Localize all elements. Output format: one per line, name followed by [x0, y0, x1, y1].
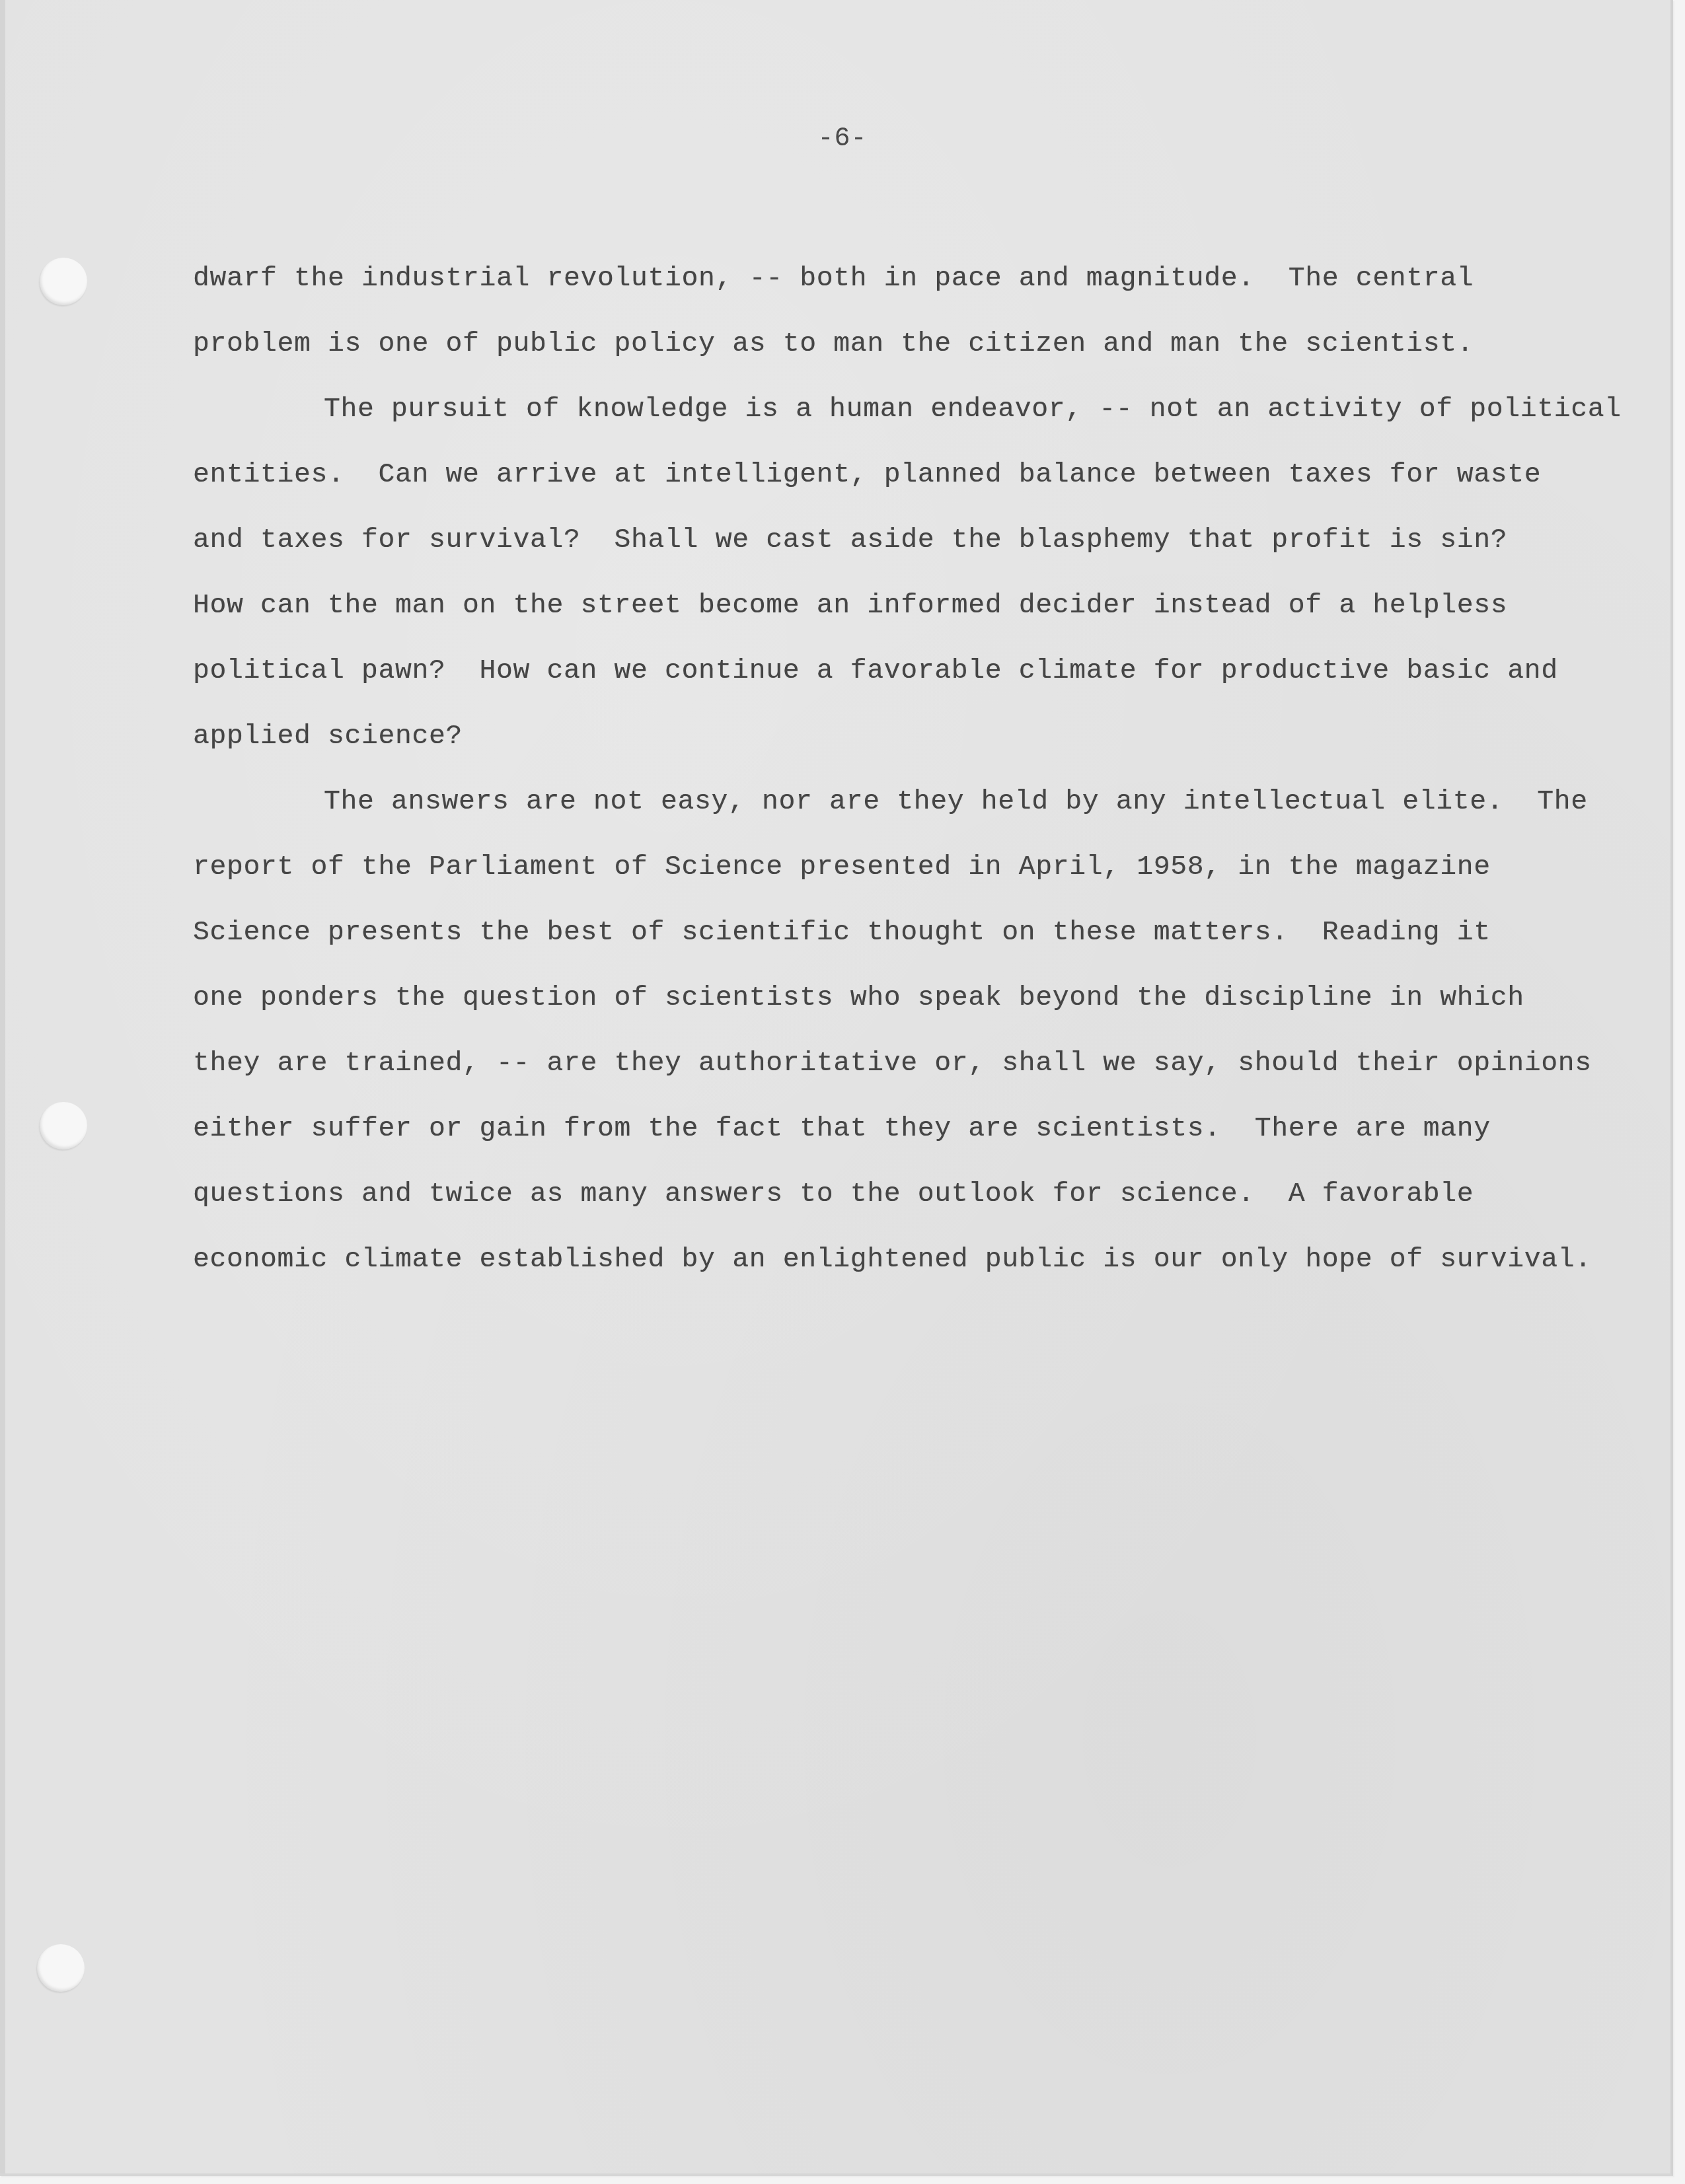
text-line: Science presents the best of scientific …: [193, 900, 1614, 965]
page-number: -6-: [0, 124, 1685, 154]
scanned-page: -6- dwarf the industrial revolution, -- …: [0, 0, 1673, 2176]
text-line: entities. Can we arrive at intelligent, …: [193, 442, 1614, 507]
text-line: problem is one of public policy as to ma…: [193, 311, 1614, 377]
text-line: questions and twice as many answers to t…: [193, 1161, 1614, 1227]
text-line: one ponders the question of scientists w…: [193, 965, 1614, 1031]
page-left-edge: [0, 0, 5, 2173]
paragraph-first-line: The pursuit of knowledge is a human ende…: [193, 377, 1614, 442]
punch-hole-middle: [40, 1102, 87, 1149]
text-line: dwarf the industrial revolution, -- both…: [193, 246, 1614, 311]
text-line: and taxes for survival? Shall we cast as…: [193, 507, 1614, 573]
text-line: economic climate established by an enlig…: [193, 1227, 1614, 1292]
text-line: report of the Parliament of Science pres…: [193, 834, 1614, 900]
text-line: either suffer or gain from the fact that…: [193, 1096, 1614, 1161]
punch-hole-top: [40, 258, 87, 305]
document-body: dwarf the industrial revolution, -- both…: [193, 246, 1614, 1292]
paragraph-first-line: The answers are not easy, nor are they h…: [193, 769, 1614, 834]
punch-hole-bottom: [37, 1944, 85, 1992]
text-line: political pawn? How can we continue a fa…: [193, 638, 1614, 704]
text-line: they are trained, -- are they authoritat…: [193, 1031, 1614, 1096]
text-line: How can the man on the street become an …: [193, 573, 1614, 638]
text-line: applied science?: [193, 704, 1614, 769]
